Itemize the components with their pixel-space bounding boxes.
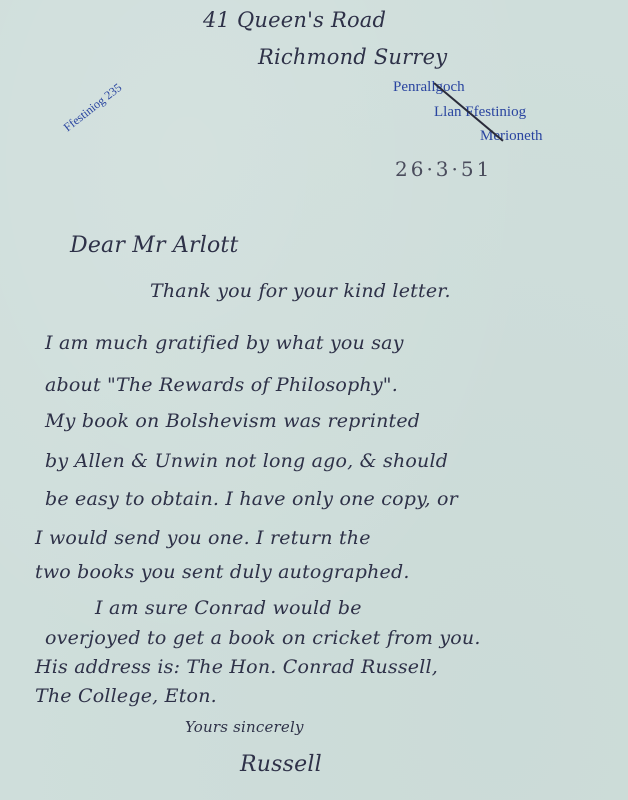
body-line: My book on Bolshevism was reprinted	[45, 410, 420, 432]
body-line: His address is: The Hon. Conrad Russell,	[35, 656, 438, 678]
body-line: two books you sent duly autographed.	[35, 561, 410, 583]
letter-date: 26·3·51	[395, 157, 492, 181]
signature: Russell	[240, 752, 322, 777]
letterhead-house-name: Penrallgoch	[393, 79, 465, 96]
body-line: I would send you one. I return the	[35, 527, 371, 549]
letter-paper: 41 Queen's Road Richmond Surrey Penrallg…	[0, 0, 628, 800]
salutation: Dear Mr Arlott	[70, 233, 239, 258]
body-line: I am much gratified by what you say	[45, 332, 404, 354]
letterhead-village: Llan Ffestiniog	[434, 104, 526, 121]
body-line: be easy to obtain. I have only one copy,…	[45, 488, 458, 510]
body-line: I am sure Conrad would be	[95, 597, 362, 619]
closing: Yours sincerely	[185, 718, 304, 736]
body-line: The College, Eton.	[35, 685, 217, 707]
body-line: overjoyed to get a book on cricket from …	[45, 627, 481, 649]
letterhead-telephone: Ffestiniog 235	[61, 80, 125, 135]
sender-address-line-2: Richmond Surrey	[258, 45, 447, 69]
body-line: Thank you for your kind letter.	[150, 280, 451, 302]
body-line: by Allen & Unwin not long ago, & should	[45, 450, 448, 472]
sender-address-line-1: 41 Queen's Road	[203, 8, 386, 32]
body-line: about "The Rewards of Philosophy".	[45, 374, 398, 396]
